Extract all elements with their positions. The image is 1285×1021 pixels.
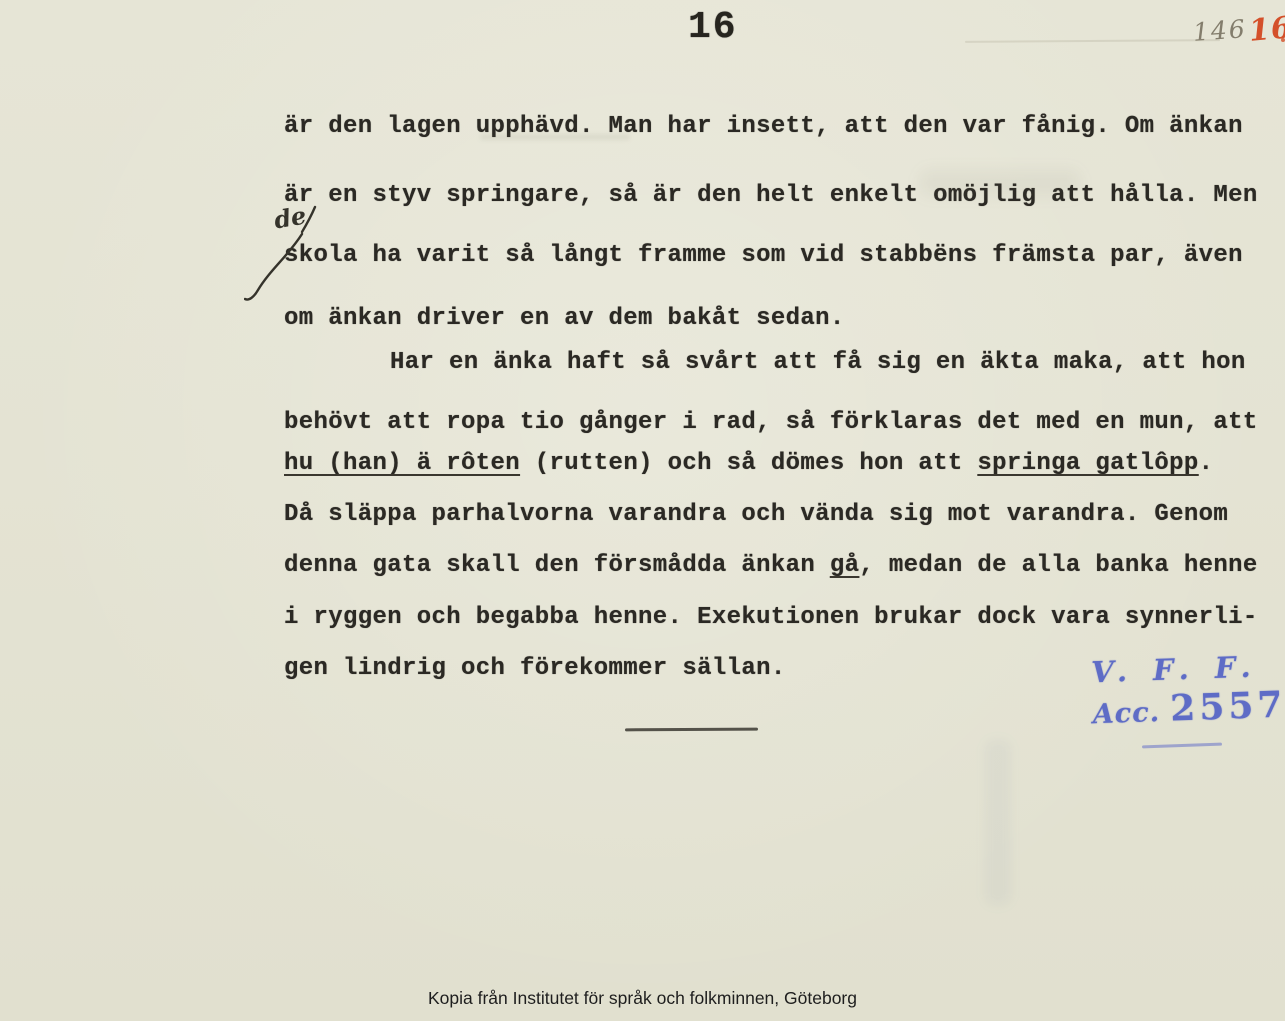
text-segment: (rutten) och så dömes hon att: [520, 450, 977, 477]
stamp-acc-label: Acc.: [1092, 697, 1160, 730]
underlined-phrase: springa gatlôpp: [977, 450, 1198, 477]
pencil-annotation: 146: [1192, 14, 1248, 47]
stamp-acc-number: 2557: [1170, 684, 1285, 730]
typescript-line: är en styv springare, så är den helt enk…: [284, 181, 1258, 211]
page-number: 16: [688, 6, 738, 49]
faint-pencil-line: [965, 39, 1220, 43]
typescript-line: behövt att ropa tio gånger i rad, så för…: [284, 408, 1258, 438]
text-segment: .: [1199, 450, 1214, 477]
underlined-phrase: hu (han) ä rôten: [284, 450, 520, 477]
typescript-line: gen lindrig och förekommer sällan.: [284, 654, 786, 684]
archive-copy-caption: Kopia från Institutet för språk och folk…: [0, 988, 1285, 1009]
section-divider: [625, 728, 758, 732]
text-segment: denna gata skall den försmådda änkan: [284, 552, 830, 579]
stamp-underline-stroke: [1142, 743, 1222, 749]
underlined-phrase: gå: [830, 552, 860, 579]
red-annotation: 16: [1248, 10, 1285, 49]
typescript-line: skola ha varit så långt framme som vid s…: [284, 241, 1243, 271]
typescript-line: om änkan driver en av dem bakåt sedan.: [284, 304, 845, 334]
accession-stamp: V. F. F. Acc. 2557: [1091, 649, 1284, 733]
scanned-document-page: 16 146 16 är den lagen upphävd. Man har …: [0, 0, 1285, 1021]
stamp-accession-line: Acc. 2557: [1092, 684, 1283, 733]
typescript-line: hu (han) ä rôten (rutten) och så dömes h…: [284, 449, 1213, 479]
typescript-line: i ryggen och begabba henne. Exekutionen …: [284, 603, 1258, 633]
typescript-line: är den lagen upphävd. Man har insett, at…: [284, 112, 1243, 142]
red-ink-dot: [1281, 38, 1285, 42]
stamp-initials: V. F. F.: [1091, 649, 1282, 690]
typescript-line: Då släppa parhalvorna varandra och vända…: [284, 500, 1228, 530]
typescript-line: denna gata skall den försmådda änkan gå,…: [284, 551, 1258, 581]
scan-smudge: [985, 740, 1011, 905]
typescript-line: Har en änka haft så svårt att få sig en …: [390, 348, 1246, 378]
text-segment: , medan de alla banka henne: [859, 552, 1257, 579]
insertion-caret-mark: [244, 202, 320, 310]
